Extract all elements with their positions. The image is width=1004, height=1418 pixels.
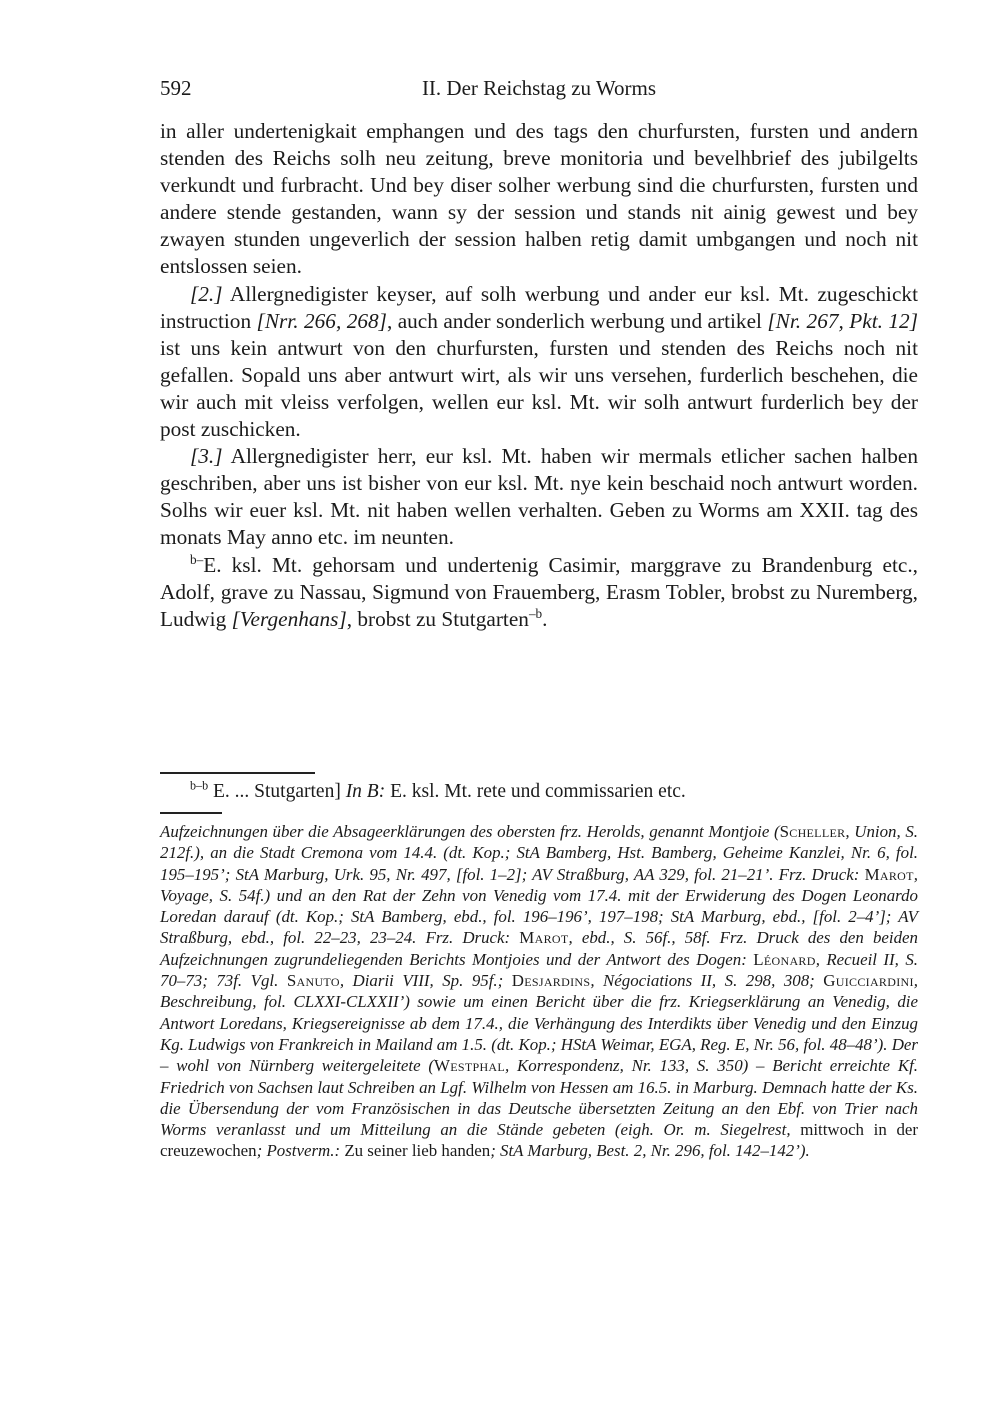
text-segment: In B:	[346, 781, 386, 802]
text-segment: Marot	[865, 865, 914, 884]
text-segment: , Diarii VIII, Sp. 95f.;	[340, 971, 512, 990]
text-segment: E. ... Stutgarten]	[208, 781, 346, 802]
text-segment: Scheller	[780, 822, 846, 841]
book-page: 592 II. Der Reichstag zu Worms in aller …	[0, 0, 1004, 1418]
body-paragraph: [2.] Allergnedigister keyser, auf solh w…	[160, 281, 918, 444]
text-segment: ; StA Marburg, Best. 2, Nr. 296, fol. 14…	[490, 1141, 810, 1160]
text-segment: Allergnedigister herr, eur ksl. Mt. habe…	[160, 444, 918, 549]
text-segment: b–b	[190, 779, 208, 793]
text-segment: , brobst zu Stutgarten	[347, 607, 529, 631]
text-segment: , Négociations II, S. 298, 308;	[590, 971, 823, 990]
page-header: 592 II. Der Reichstag zu Worms	[160, 76, 918, 104]
body-paragraph: b–E. ksl. Mt. gehorsam und undertenig Ca…	[160, 552, 918, 633]
text-segment: [Nrr. 266, 268]	[257, 309, 387, 333]
text-segment: Guicciardini	[823, 971, 913, 990]
footnote-separator-rule	[160, 772, 315, 774]
text-segment: Léonard	[753, 950, 815, 969]
text-segment: Desjardins	[512, 971, 591, 990]
text-segment: [2.]	[190, 282, 223, 306]
text-segment: Sanuto	[287, 971, 340, 990]
body-paragraph: in aller undertenigkait emphangen und de…	[160, 118, 918, 281]
text-segment: b–	[190, 551, 203, 566]
text-segment: , auch ander sonderlich werbung und arti…	[387, 309, 767, 333]
text-segment: .	[542, 607, 547, 631]
page-number: 592	[160, 76, 192, 101]
commentary-footnote: Aufzeichnungen über die Absageerklärunge…	[160, 821, 918, 1162]
text-segment: in aller undertenigkait emphangen und de…	[160, 119, 918, 278]
text-segment: Zu seiner lieb handen	[344, 1141, 490, 1160]
text-segment: –b	[529, 606, 542, 621]
footnote-area: b–b E. ... Stutgarten] In B: E. ksl. Mt.…	[160, 758, 918, 1162]
apparatus-footnote: b–b E. ... Stutgarten] In B: E. ksl. Mt.…	[160, 779, 918, 805]
running-head: II. Der Reichstag zu Worms	[160, 76, 918, 101]
text-segment: [Vergenhans]	[232, 607, 347, 631]
text-segment: [Nr. 267, Pkt. 12]	[767, 309, 918, 333]
text-segment: [3.]	[190, 444, 223, 468]
text-segment: E. ksl. Mt. rete und commissarien etc.	[385, 781, 686, 802]
body-text: in aller undertenigkait emphangen und de…	[160, 118, 918, 633]
commentary-separator-rule	[160, 812, 222, 814]
body-paragraph: [3.] Allergnedigister herr, eur ksl. Mt.…	[160, 443, 918, 551]
text-segment: ; Postverm.:	[257, 1141, 345, 1160]
text-segment: Marot	[519, 928, 568, 947]
text-segment: ist uns kein antwurt von den churfursten…	[160, 336, 918, 441]
text-segment: Westphal	[434, 1056, 505, 1075]
text-segment: Aufzeichnungen über die Absageerklärunge…	[160, 822, 780, 841]
